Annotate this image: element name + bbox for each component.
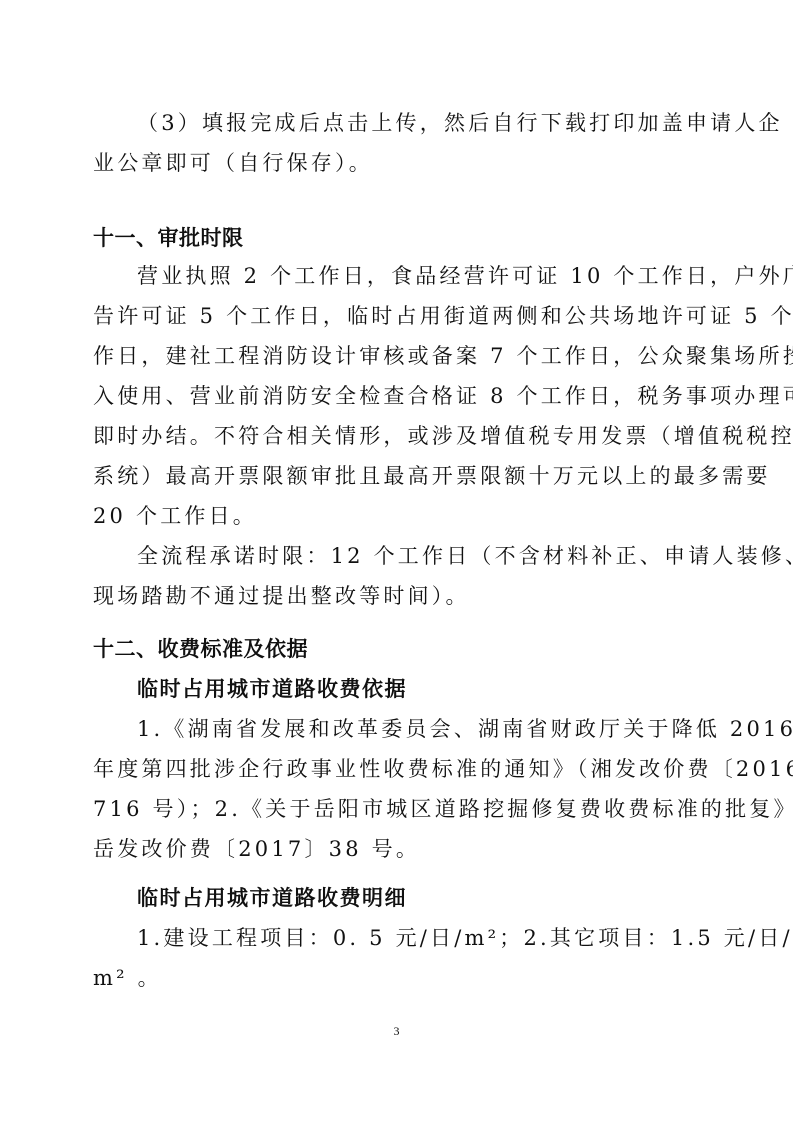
page-number: 3 [0, 1024, 793, 1039]
body-text-line: 入使用、营业前消防安全检查合格证 8 个工作日，税务事项办理可 [93, 383, 793, 409]
body-text-line: 业公章即可（自行保存）。 [93, 150, 373, 176]
section-heading-approval-time-limit: 十一、审批时限 [93, 225, 244, 251]
body-text-line: 全流程承诺时限：12 个工作日（不含材料补正、申请人装修、 [137, 543, 793, 569]
body-text-line: （3）填报完成后点击上传，然后自行下载打印加盖申请人企 [137, 110, 783, 136]
body-text-line: 年度第四批涉企行政事业性收费标准的通知》（湘发改价费〔2016〕 [93, 756, 793, 782]
section-heading-fee-standards: 十二、收费标准及依据 [93, 636, 308, 662]
body-text-line: 1.《湖南省发展和改革委员会、湖南省财政厅关于降低 2016 [137, 716, 793, 742]
body-text-line: 20 个工作日。 [93, 503, 257, 529]
body-text-line: 716 号）；2.《关于岳阳市城区道路挖掘修复费收费标准的批复》 [93, 796, 793, 822]
body-text-line: 营业执照 2 个工作日，食品经营许可证 10 个工作日，户外广 [137, 263, 793, 289]
subheading-fee-details: 临时占用城市道路收费明细 [137, 885, 407, 911]
subheading-fee-basis: 临时占用城市道路收费依据 [137, 676, 407, 702]
body-text-line: 1.建设工程项目：0. 5 元/日/m²；2.其它项目：1.5 元/日/ [137, 925, 793, 951]
body-text-line: 现场踏勘不通过提出整改等时间）。 [93, 583, 470, 609]
body-text-line: 即时办结。不符合相关情形，或涉及增值税专用发票（增值税税控 [93, 423, 793, 449]
body-text-line: 系统）最高开票限额审批且最高开票限额十万元以上的最多需要 [93, 463, 771, 489]
body-text-line: 岳发改价费〔2017〕38 号。 [93, 836, 420, 862]
document-page: （3）填报完成后点击上传，然后自行下载打印加盖申请人企 业公章即可（自行保存）。… [0, 0, 793, 1122]
body-text-line: 告许可证 5 个工作日，临时占用街道两侧和公共场地许可证 5 个工 [93, 303, 793, 329]
body-text-line: m² 。 [93, 965, 162, 991]
body-text-line: 作日，建社工程消防设计审核或备案 7 个工作日，公众聚集场所投 [93, 343, 793, 369]
